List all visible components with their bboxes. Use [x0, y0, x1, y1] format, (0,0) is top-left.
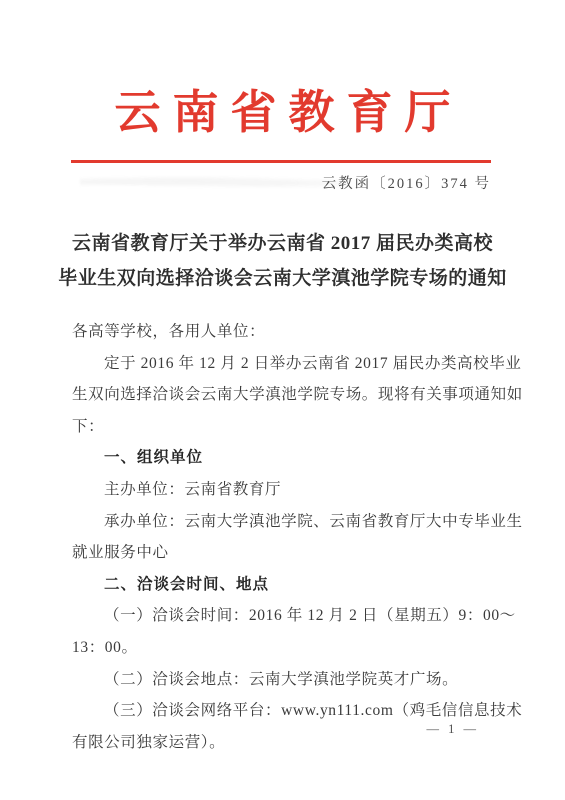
doc-number: 云教函〔2016〕374 号 — [72, 172, 491, 193]
section-heading-1: 一、组织单位 — [72, 442, 508, 474]
letterhead-separator-line — [71, 160, 491, 163]
body-line: 就业服务中心 — [72, 537, 508, 569]
notice-title-line-1: 云南省教育厅关于举办云南省 2017 届民办类高校 — [36, 226, 529, 261]
notice-title-line-2: 毕业生双向选择洽谈会云南大学滇池学院专场的通知 — [36, 261, 529, 296]
body-line: 13：00。 — [72, 632, 508, 664]
body-line: （一）洽谈会时间：2016 年 12 月 2 日（星期五）9：00～ — [72, 600, 508, 632]
body-line: 定于 2016 年 12 月 2 日举办云南省 2017 届民办类高校毕业 — [72, 348, 508, 380]
page-number: — 1 — — [427, 722, 480, 737]
section-heading-2: 二、洽谈会时间、地点 — [72, 569, 508, 601]
body-line: （二）洽谈会地点：云南大学滇池学院英才广场。 — [72, 664, 508, 696]
letterhead-org-name: 云南省教育厅 — [0, 90, 565, 136]
body-line: 下： — [72, 411, 508, 443]
scanned-notice-page: 云南省教育厅 云教函〔2016〕374 号 云南省教育厅关于举办云南省 2017… — [0, 0, 565, 800]
salutation-line: 各高等学校，各用人单位： — [72, 316, 508, 348]
body-line: 承办单位：云南大学滇池学院、云南省教育厅大中专毕业生 — [72, 506, 508, 538]
body-line: 主办单位：云南省教育厅 — [72, 474, 508, 506]
notice-body: 各高等学校，各用人单位： 定于 2016 年 12 月 2 日举办云南省 201… — [72, 316, 508, 758]
body-line: 生双向选择洽谈会云南大学滇池学院专场。现将有关事项通知如 — [72, 379, 508, 411]
notice-title: 云南省教育厅关于举办云南省 2017 届民办类高校 毕业生双向选择洽谈会云南大学… — [36, 226, 529, 296]
